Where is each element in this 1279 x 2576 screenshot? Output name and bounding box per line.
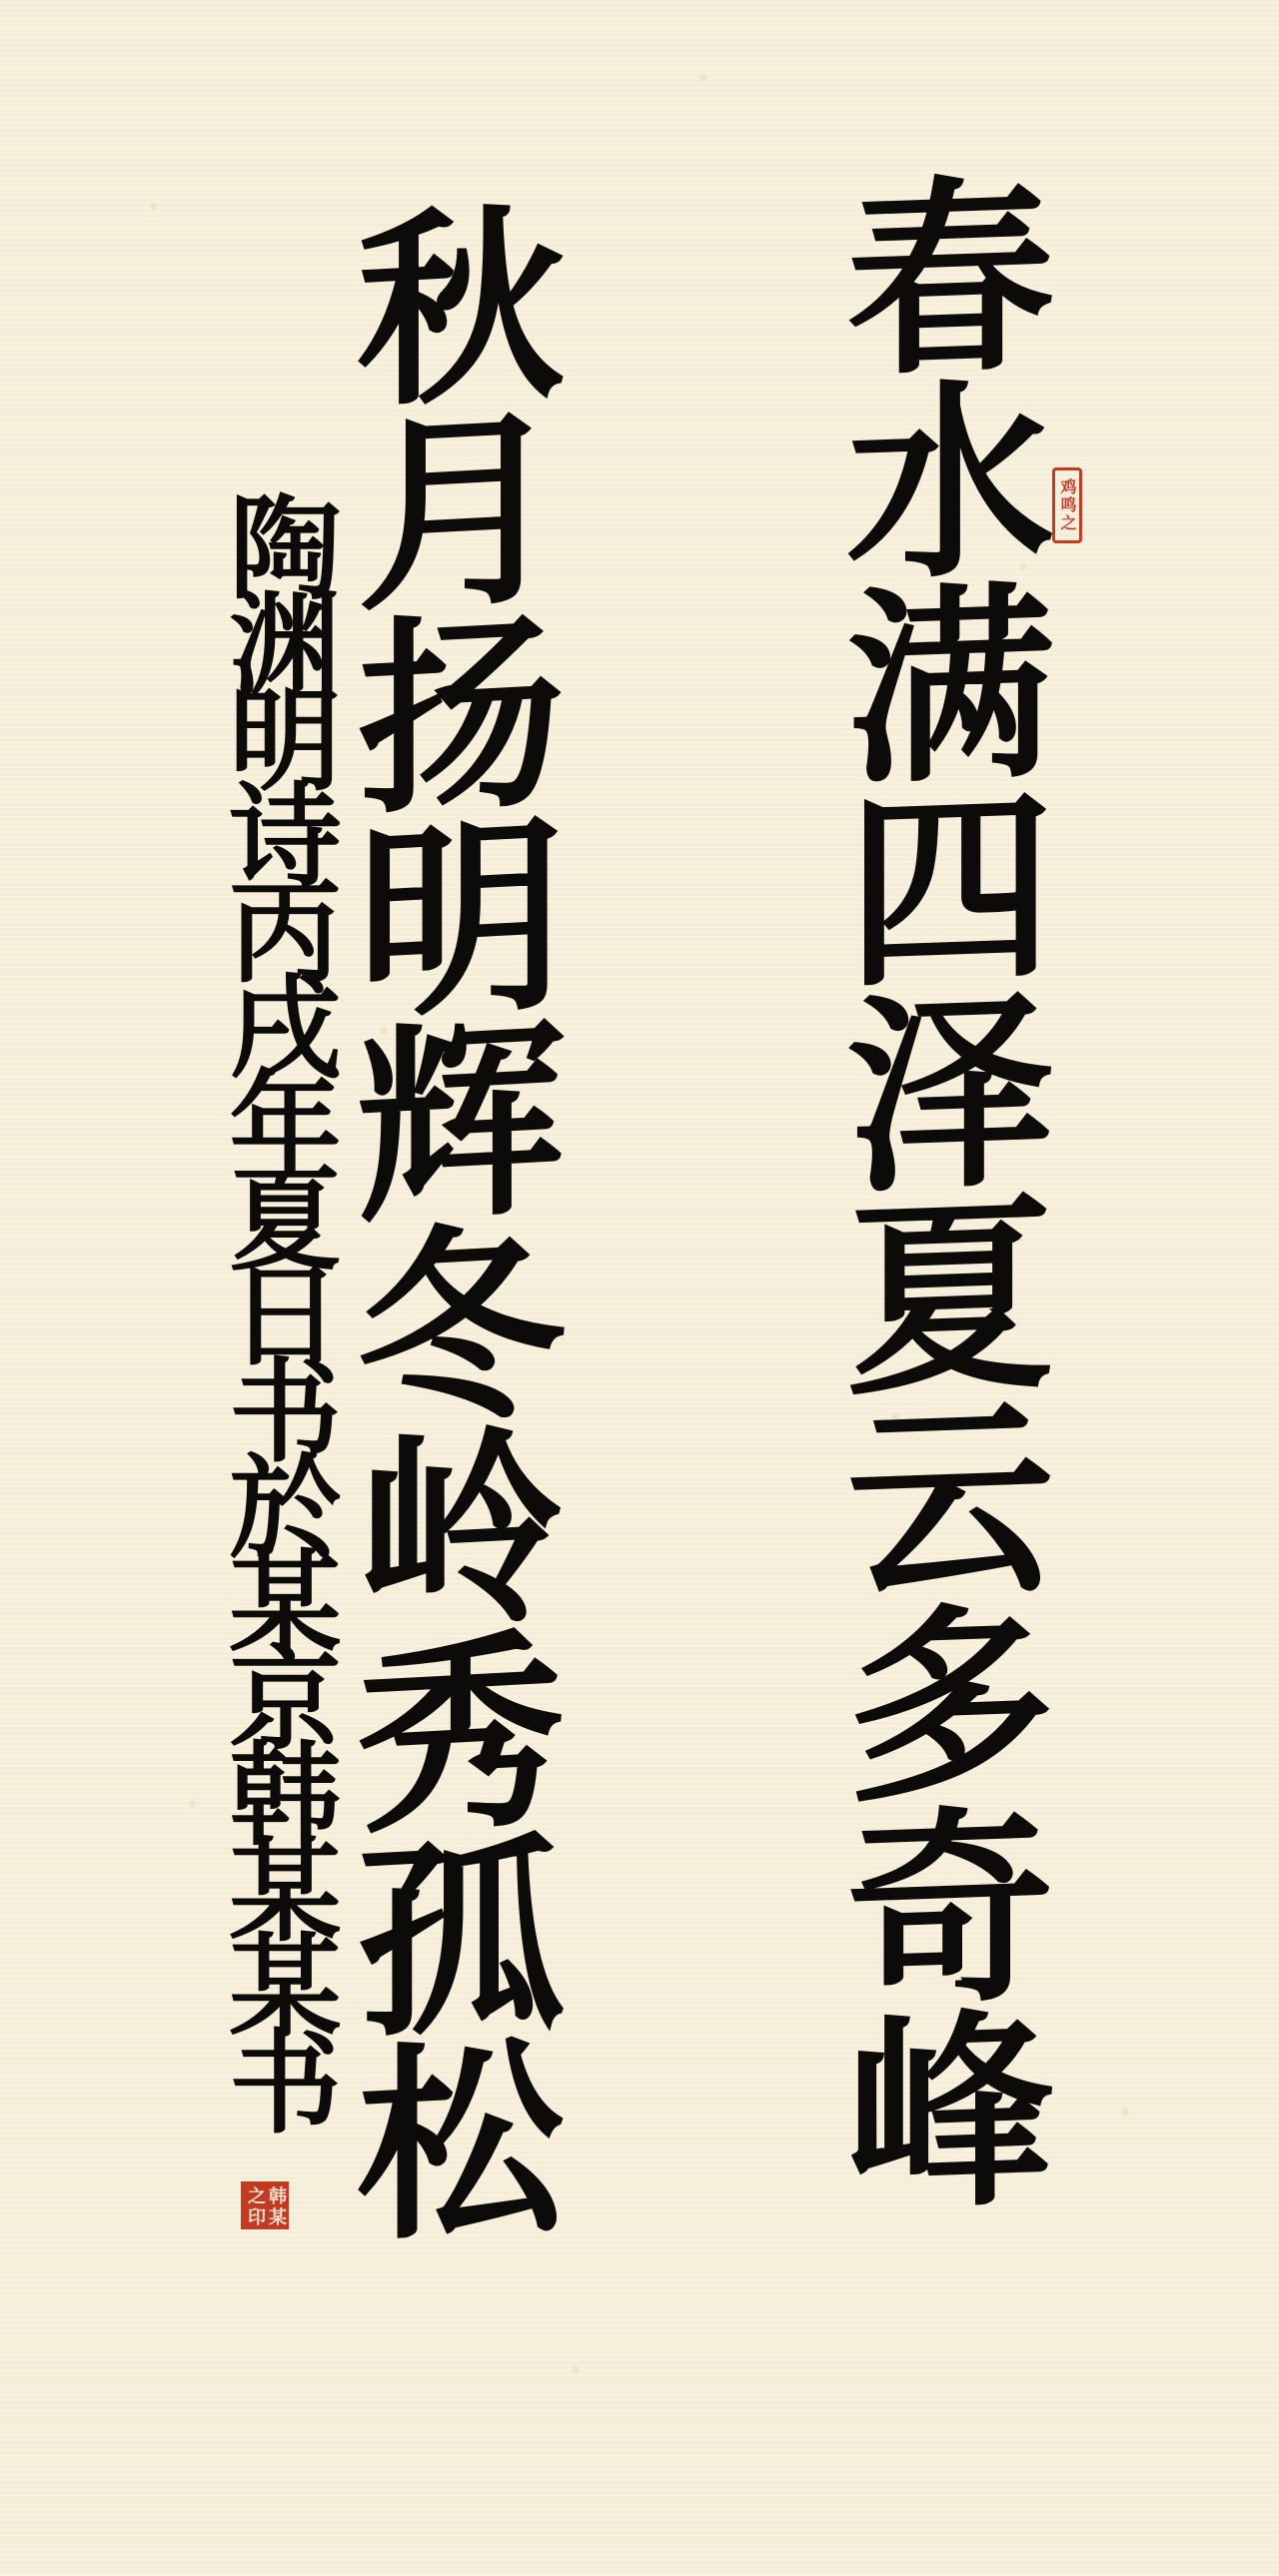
seal-char: 韩 <box>266 2184 285 2205</box>
calligraphy-right-column: 春水满四泽夏云多奇峰 <box>829 166 1037 2210</box>
seal-char: 之 <box>245 2184 264 2205</box>
leading-seal-stamp: 鸡鸣之 <box>1052 467 1082 543</box>
inscription-signature-column: 陶渊明诗丙戌年夏日书於某京韩某某书 <box>220 489 332 2120</box>
name-seal-stamp: 韩 某 之 印 <box>241 2181 289 2229</box>
seal-char: 印 <box>245 2205 264 2226</box>
seal-char: 某 <box>266 2205 285 2226</box>
paper-background <box>0 0 1279 2576</box>
calligraphy-left-column: 秋月扬明辉冬岭秀孤松 <box>340 195 548 2243</box>
